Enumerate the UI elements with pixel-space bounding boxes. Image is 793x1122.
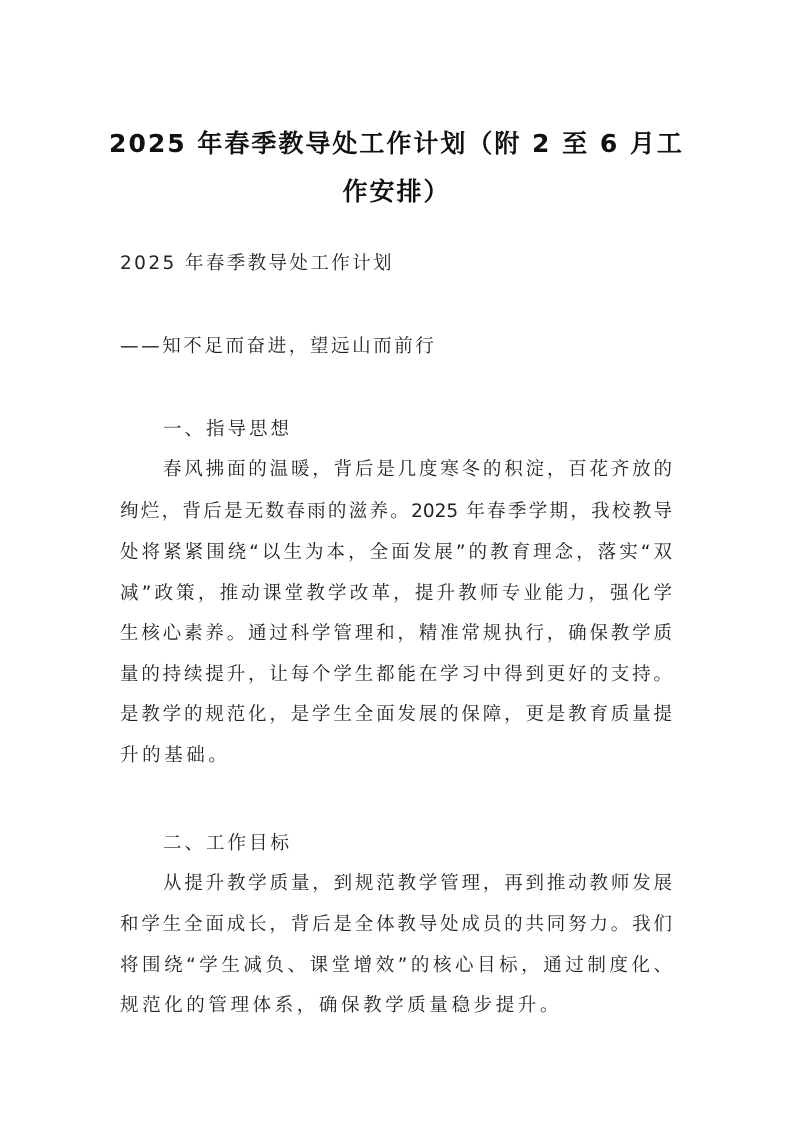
paragraph-line: 绚烂，背后是无数春雨的滋养。2025 年春季学期，我校教导 xyxy=(120,500,672,524)
document-title-line-2: 作安排） xyxy=(0,176,793,208)
paragraph-line: 量的持续提升，让每个学生都能在学习中得到更好的支持。 xyxy=(120,663,672,687)
section-heading-guiding-ideology: 一、指导思想 xyxy=(163,418,292,442)
paragraph-line: 生核心素养。通过科学管理和，精准常规执行，确保教学质 xyxy=(120,622,672,646)
document-title-line-1: 2025 年春季教导处工作计划（附 2 至 6 月工 xyxy=(0,128,793,160)
paragraph-line: 升的基础。 xyxy=(120,744,231,768)
paragraph-line: 减”政策，推动课堂教学改革，提升教师专业能力，强化学 xyxy=(120,582,672,606)
paragraph-line: 规范化的管理体系，确保教学质量稳步提升。 xyxy=(120,994,562,1018)
document-page: 2025 年春季教导处工作计划（附 2 至 6 月工 作安排） 2025 年春季… xyxy=(0,0,793,1122)
section-heading-work-goals: 二、工作目标 xyxy=(163,832,292,856)
paragraph-line: 将围绕“学生减负、课堂增效”的核心目标，通过制度化、 xyxy=(120,954,672,978)
document-motto: ——知不足而奋进，望远山而前行 xyxy=(120,335,437,359)
document-subtitle: 2025 年春季教导处工作计划 xyxy=(120,252,394,276)
paragraph-line: 从提升教学质量，到规范教学管理，再到推动教师发展 xyxy=(163,872,672,896)
paragraph-line: 和学生全面成长，背后是全体教导处成员的共同努力。我们 xyxy=(120,913,672,937)
paragraph-line: 处将紧紧围绕“以生为本，全面发展”的教育理念，落实“双 xyxy=(120,541,672,565)
paragraph-line: 是教学的规范化，是学生全面发展的保障，更是教育质量提 xyxy=(120,703,672,727)
paragraph-line: 春风拂面的温暖，背后是几度寒冬的积淀，百花齐放的 xyxy=(163,458,672,482)
